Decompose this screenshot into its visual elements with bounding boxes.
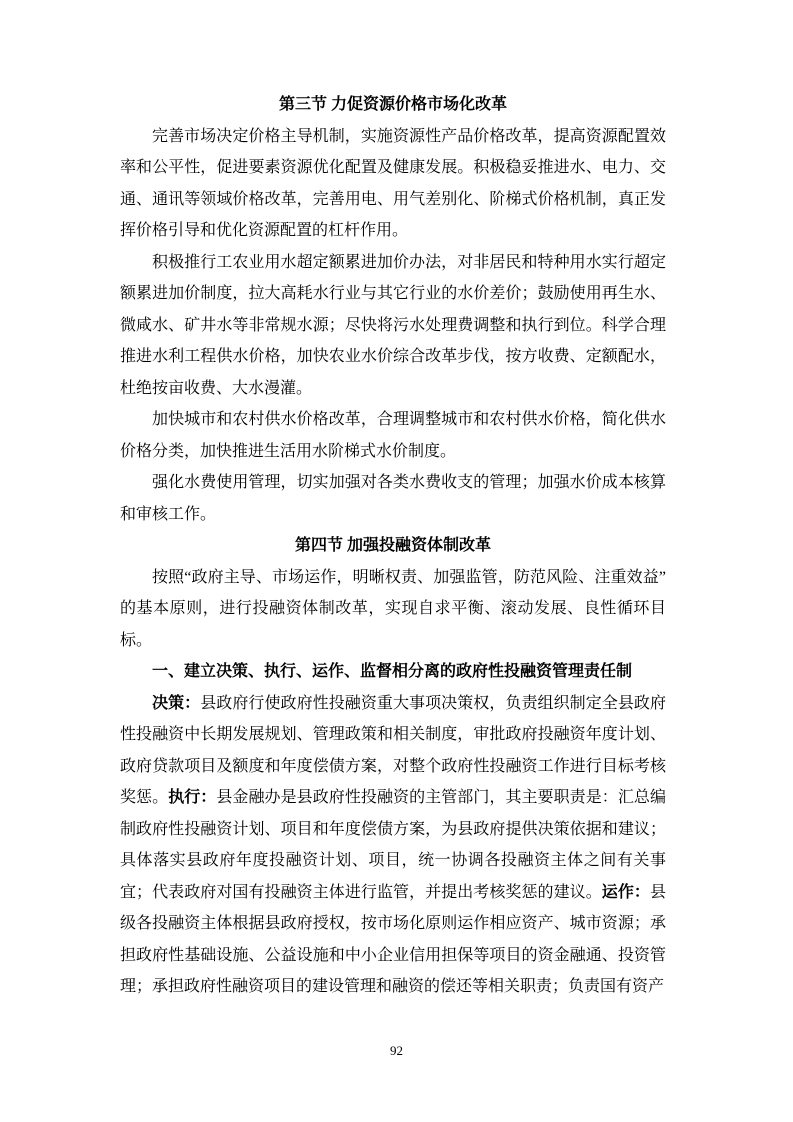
section-heading-4: 第四节 加强投融资体制改革	[120, 530, 666, 562]
paragraph-price-mechanism: 完善市场决定价格主导机制，实施资源性产品价格改革，提高资源配置效率和公平性，促进…	[120, 121, 666, 247]
document-page: 第三节 力促资源价格市场化改革 完善市场决定价格主导机制，实施资源性产品价格改革…	[0, 0, 793, 1122]
paragraph-water-pricing: 积极推行工农业用水超定额累进加价办法，对非居民和特种用水实行超定额累进加价制度，…	[120, 247, 666, 405]
subheading-responsibility-system: 一、建立决策、执行、运作、监督相分离的政府性投融资管理责任制	[120, 656, 666, 688]
page-footer: 92	[0, 1042, 793, 1060]
page-number: 92	[390, 1043, 403, 1058]
paragraph-urban-rural-water: 加快城市和农村供水价格改革，合理调整城市和农村供水价格，简化供水价格分类，加快推…	[120, 404, 666, 467]
paragraph-decision-execution-operation: 决策：县政府行使政府性投融资重大事项决策权，负责组织制定全县政府性投融资中长期发…	[120, 688, 666, 1003]
bold-run: 运作：	[602, 884, 650, 901]
paragraph-investment-principles: 按照“政府主导、市场运作，明晰权责、加强监管，防范风险、注重效益”的基本原则，进…	[120, 562, 666, 657]
bold-run: 执行：	[168, 789, 216, 806]
section-heading-3: 第三节 力促资源价格市场化改革	[120, 89, 666, 121]
bold-run: 决策：	[152, 695, 200, 712]
document-body: 第三节 力促资源价格市场化改革 完善市场决定价格主导机制，实施资源性产品价格改革…	[120, 89, 666, 1003]
paragraph-water-fee-management: 强化水费使用管理，切实加强对各类水费收支的管理；加强水价成本核算和审核工作。	[120, 467, 666, 530]
